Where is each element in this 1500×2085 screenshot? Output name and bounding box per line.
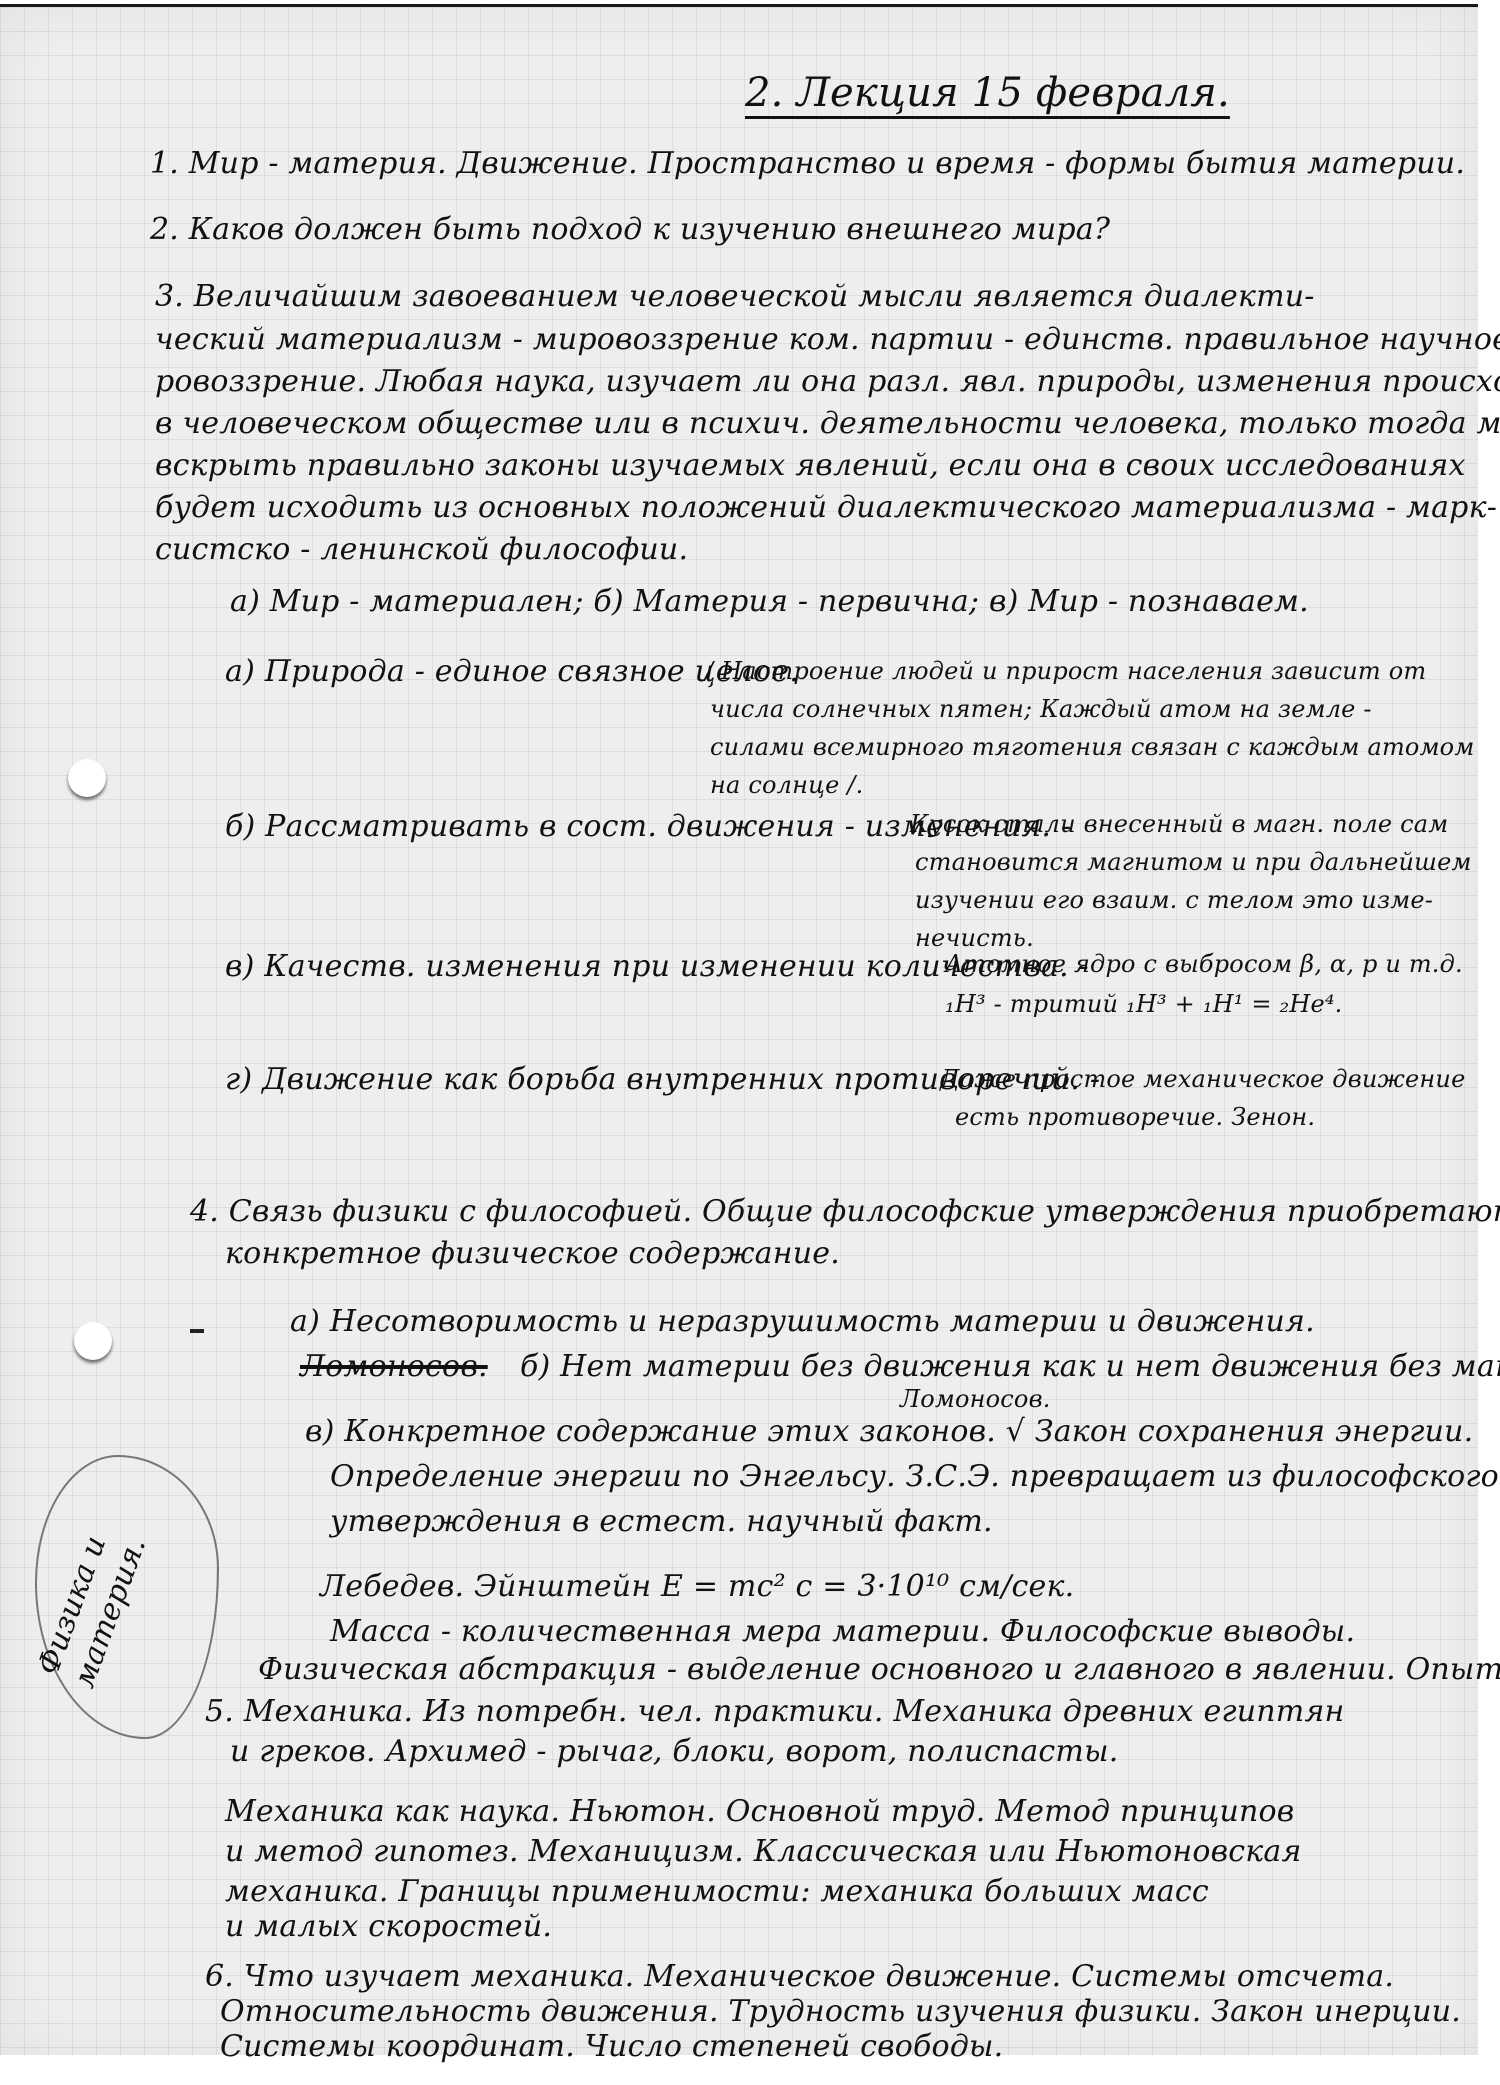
lecture-sheet: 2. Лекция 15 февраля. 1. Мир - материя. …: [0, 4, 1478, 2055]
section-5-line: и греков. Архимед - рычаг, блоки, ворот,…: [230, 1737, 1118, 1767]
section-3-line: 3. Величайшим завоеванием человеческой м…: [155, 282, 1315, 312]
item-4a: а) Несотворимость и неразрушимость матер…: [290, 1307, 1315, 1337]
section-3-line: ческий материализм - мировоззрение ком. …: [155, 325, 1500, 355]
item-4b: б) Нет материи без движения как и нет дв…: [520, 1352, 1500, 1382]
section-5-line: 5. Механика. Из потребн. чел. практики. …: [205, 1697, 1344, 1727]
annotation-lomonosov: Ломоносов.: [900, 1387, 1051, 1411]
item-3a-right: на солнце /.: [710, 773, 863, 797]
section-3-line: систско - ленинской философии.: [155, 535, 688, 565]
item-3b-right: изучении его взаим. с телом это изме-: [915, 888, 1433, 912]
item-4v-line: Определение энергии по Энгельсу. З.С.Э. …: [330, 1462, 1499, 1492]
item-3a-right: числа солнечных пятен; Каждый атом на зе…: [710, 697, 1372, 721]
item-3v-right: Атомное ядро с выбросом β, α, p и т.д.: [945, 952, 1463, 976]
section-3-line: вскрыть правильно законы изучаемых явлен…: [155, 451, 1466, 481]
section-3-principles: а) Мир - материален; б) Материя - первич…: [230, 587, 1309, 617]
item-3a-right: силами всемирного тяготения связан с каж…: [710, 735, 1474, 759]
section-3-line: будет исходить из основных положений диа…: [155, 493, 1497, 523]
section-5-newton-line: Механика как наука. Ньютон. Основной тру…: [225, 1797, 1294, 1827]
section-4-line: 4. Связь физики с философией. Общие фило…: [190, 1197, 1500, 1227]
section-4-line: конкретное физическое содержание.: [225, 1239, 840, 1269]
section-5-newton-line: и малых скоростей.: [225, 1912, 552, 1942]
item-3b-right: становится магнитом и при дальнейшем: [915, 850, 1472, 874]
struck-note: Ломоносов.: [300, 1352, 488, 1382]
section-5-newton-line: и метод гипотез. Механицизм. Классическа…: [225, 1837, 1302, 1867]
formula-line: Лебедев. Эйнштейн E = mc² c = 3·10¹⁰ см/…: [320, 1572, 1074, 1602]
punch-hole-lower: [74, 1322, 112, 1360]
section-1: 1. Мир - материя. Движение. Пространство…: [150, 149, 1465, 179]
section-6-line: Относительность движения. Трудность изуч…: [220, 1997, 1461, 2027]
section-3-line: в человеческом обществе или в психич. де…: [155, 409, 1500, 439]
item-3g-right: есть противоречие. Зенон.: [955, 1105, 1315, 1129]
item-4v-line: в) Конкретное содержание этих законов. √…: [305, 1417, 1473, 1447]
punch-hole-upper: [68, 759, 106, 797]
margin-dash: [190, 1329, 204, 1333]
section-6-line: 6. Что изучает механика. Механическое дв…: [205, 1962, 1394, 1992]
section-6-line: Системы координат. Число степеней свобод…: [220, 2032, 1003, 2062]
abstraction-line: Физическая абстракция - выделение основн…: [258, 1655, 1500, 1685]
mass-line: Масса - количественная мера материи. Фил…: [330, 1617, 1355, 1647]
item-3v-right: ₁H³ - тритий ₁H³ + ₁H¹ = ₂He⁴.: [945, 992, 1343, 1016]
item-3a-right: / Настроение людей и прирост населения з…: [705, 659, 1426, 683]
item-4v-line: утверждения в естест. научный факт.: [330, 1507, 993, 1537]
section-5-newton-line: механика. Границы применимости: механика…: [225, 1877, 1209, 1907]
section-3-line: ровоззрение. Любая наука, изучает ли она…: [155, 367, 1500, 397]
item-3b-right: Кусок стали внесенный в магн. поле сам: [910, 812, 1448, 836]
page-title: 2. Лекция 15 февраля.: [745, 73, 1230, 113]
item-3b-right: нечисть.: [915, 926, 1034, 950]
section-2: 2. Каков должен быть подход к изучению в…: [150, 215, 1110, 245]
item-3g-right: Даже простое механическое движение: [940, 1067, 1465, 1091]
